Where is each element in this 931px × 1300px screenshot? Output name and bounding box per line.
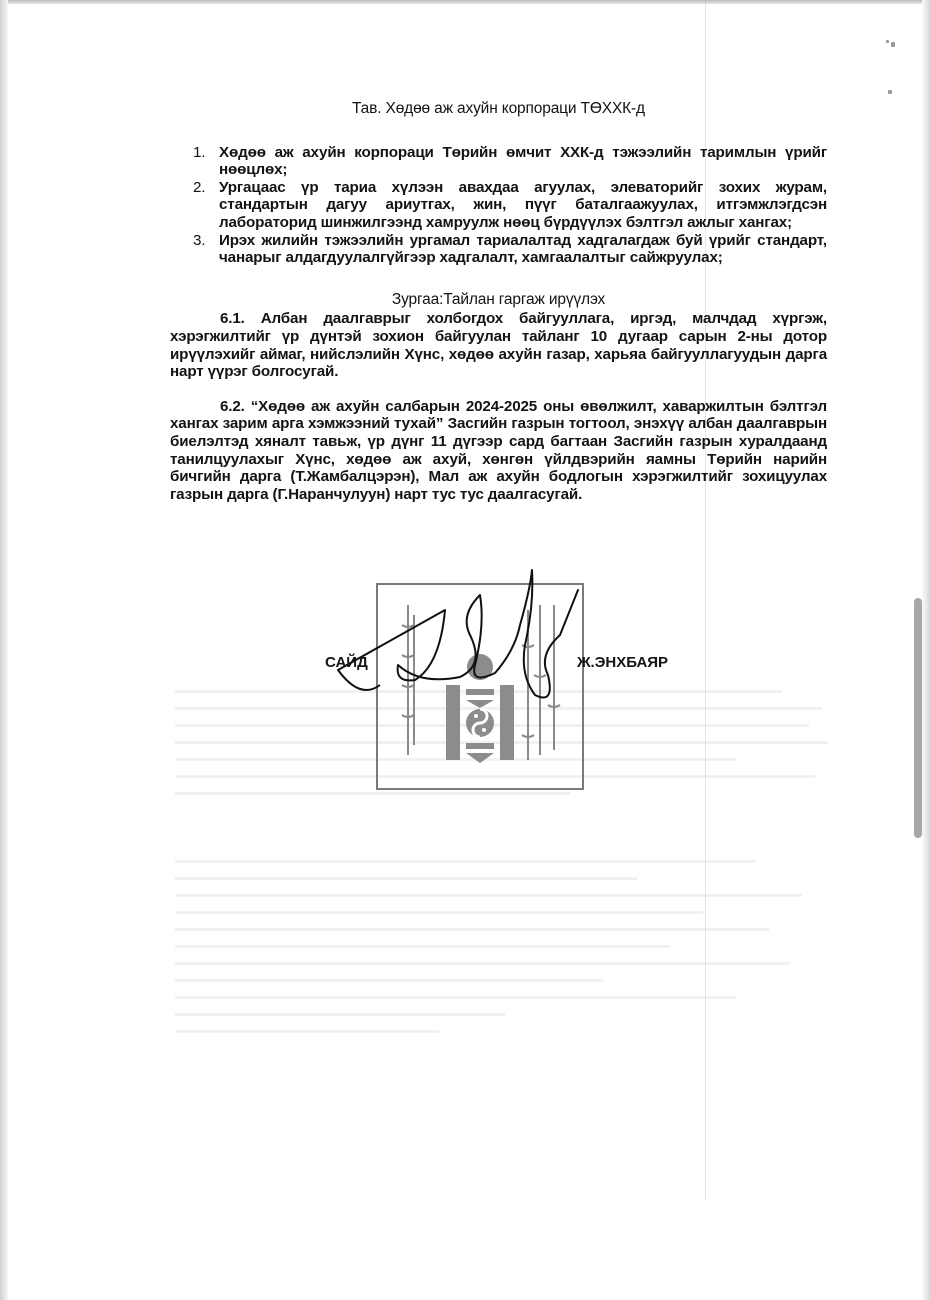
subsection-heading: Зургаа:Тайлан гаргаж ирүүлэх	[170, 291, 827, 309]
page-right-edge	[922, 0, 931, 1300]
signer-title: САЙД	[325, 654, 368, 671]
document-viewer: Тав. Хөдөө аж ахуйн корпораци ТӨХХК-д 1.…	[0, 0, 931, 1300]
vertical-scrollbar-thumb[interactable]	[914, 598, 922, 838]
task-text: Ургацаас үр тариа хүлээн авахдаа агуулах…	[219, 179, 827, 231]
task-item: 2. Ургацаас үр тариа хүлээн авахдаа агуу…	[170, 179, 827, 232]
signer-name: Ж.ЭНХБАЯР	[577, 654, 668, 671]
section-heading: Тав. Хөдөө аж ахуйн корпораци ТӨХХК-д	[170, 100, 827, 118]
task-number: 3.	[193, 232, 205, 250]
scan-specks	[880, 30, 900, 110]
paragraph-6-2: 6.2. “Хөдөө аж ахуйн салбарын 2024-2025 …	[170, 398, 827, 504]
task-text: Ирэх жилийн тэжээлийн ургамал тариалалта…	[219, 232, 827, 267]
task-number: 1.	[193, 144, 205, 162]
task-text: Хөдөө аж ахуйн корпораци Төрийн өмчит ХХ…	[219, 144, 827, 179]
document-page: Тав. Хөдөө аж ахуйн корпораци ТӨХХК-д 1.…	[170, 100, 827, 503]
task-item: 3. Ирэх жилийн тэжээлийн ургамал тариала…	[170, 232, 827, 267]
page-top-edge	[0, 0, 931, 4]
task-item: 1. Хөдөө аж ахуйн корпораци Төрийн өмчит…	[170, 144, 827, 179]
task-number: 2.	[193, 179, 205, 197]
task-list: 1. Хөдөө аж ахуйн корпораци Төрийн өмчит…	[170, 144, 827, 267]
paragraph-6-1: 6.1. Албан даалгаврыг холбогдох байгуулл…	[170, 310, 827, 380]
page-left-edge	[0, 0, 8, 1300]
handwritten-signature	[320, 565, 580, 725]
